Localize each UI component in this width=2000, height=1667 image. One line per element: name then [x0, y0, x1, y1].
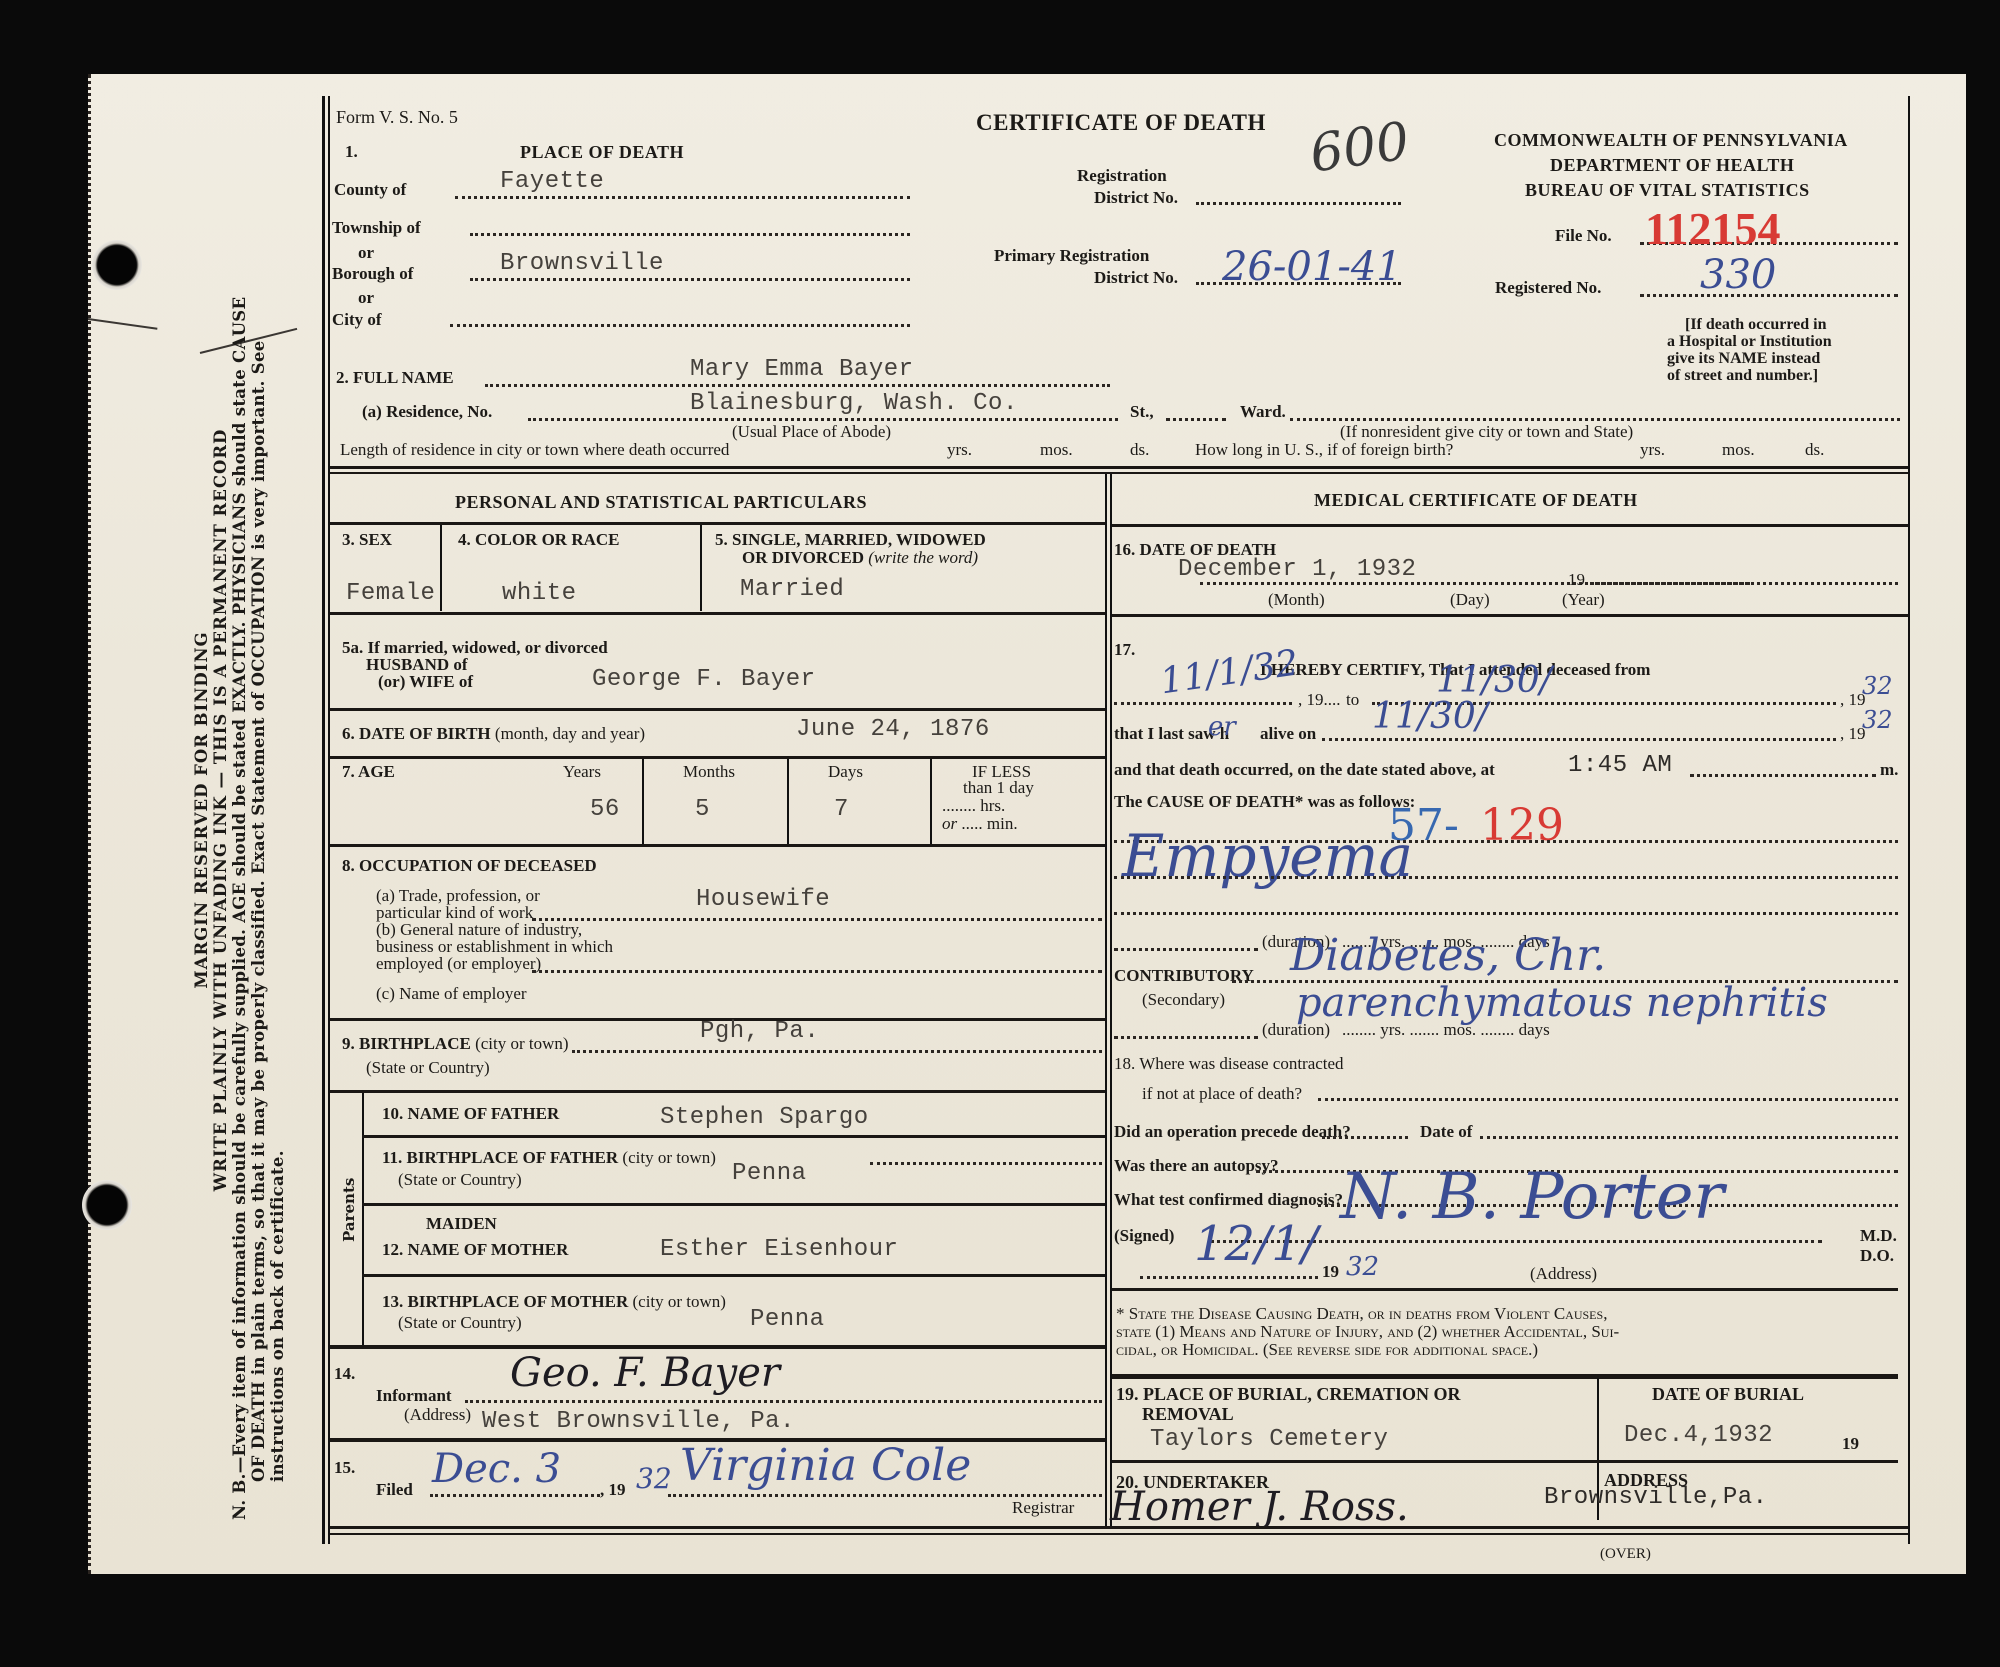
cell-divider — [700, 525, 702, 611]
row-rule — [1112, 1460, 1898, 1463]
row-rule — [1112, 524, 1908, 527]
margin-binding-note: MARGIN RESERVED FOR BINDING — [192, 100, 211, 1520]
informant-signature[interactable]: Geo. F. Bayer — [510, 1350, 780, 1396]
father-birthplace-value[interactable]: Penna — [732, 1160, 807, 1187]
section-rule — [330, 466, 1908, 469]
burial-place-value[interactable]: Taylors Cemetery — [1150, 1426, 1388, 1453]
frame-left-line — [322, 96, 325, 1544]
margin-instructions: MARGIN RESERVED FOR BINDING WRITE PLAINL… — [192, 100, 312, 1520]
maiden-label: MAIDEN — [426, 1214, 497, 1234]
residence-yrs-label: yrs. — [947, 440, 972, 460]
registrar-signature[interactable]: Virginia Cole — [680, 1440, 971, 1491]
column-divider-inner — [1110, 474, 1112, 1526]
informant-label: Informant — [376, 1386, 452, 1406]
attended-to-value[interactable]: 11/30/ — [1436, 660, 1552, 701]
date-of-death-value[interactable]: December 1, 1932 — [1178, 556, 1416, 583]
mother-birthplace-value[interactable]: Penna — [750, 1306, 825, 1333]
residence-label: (a) Residence, No. — [362, 402, 492, 422]
margin-nb-line2: OF DEATH in plain terms, so that it may … — [249, 100, 268, 1520]
duration-days-label-2: days — [1519, 1020, 1550, 1039]
filed-label: Filed — [376, 1480, 413, 1500]
dob-label: 6. DATE OF BIRTH — [342, 724, 491, 743]
sex-value[interactable]: Female — [346, 580, 435, 607]
marital-status-label: 5. SINGLE, MARRIED, WIDOWED — [715, 530, 986, 550]
year-line — [1590, 582, 1898, 585]
filed-number: 15. — [334, 1458, 355, 1478]
place-of-death-heading: PLACE OF DEATH — [520, 142, 684, 163]
duration-label-2: (duration) — [1262, 1020, 1330, 1040]
hospital-note-line4: of street and number.] — [1667, 367, 1818, 385]
meridiem-suffix: m. — [1880, 760, 1898, 780]
full-name-line — [485, 384, 1110, 387]
document-title: CERTIFICATE OF DEATH — [976, 110, 1266, 136]
certify-number: 17. — [1114, 640, 1135, 660]
disease-contracted-label-2: if not at place of death? — [1142, 1084, 1302, 1104]
margin-ink-note: WRITE PLAINLY WITH UNFADING INK — THIS I… — [211, 100, 230, 1520]
residence-mos-label: mos. — [1040, 440, 1073, 460]
margin-nb-line1: N. B.—Every item of information should b… — [230, 100, 249, 1520]
parents-divider — [362, 1093, 364, 1345]
burial-place-label: 19. PLACE OF BURIAL, CREMATION OR — [1116, 1384, 1461, 1405]
agency-commonwealth: COMMONWEALTH OF PENNSYLVANIA — [1494, 130, 1848, 151]
birthplace-state-label: (State or Country) — [366, 1058, 490, 1078]
bottom-rule — [330, 1526, 1908, 1529]
age-months-label: Months — [683, 762, 735, 782]
usual-abode-hint: (Usual Place of Abode) — [732, 422, 891, 442]
mother-birthplace-label: 13. BIRTHPLACE OF MOTHER — [382, 1292, 628, 1311]
operation-label: Did an operation precede death? — [1114, 1122, 1351, 1142]
row-rule — [330, 756, 1105, 759]
last-saw-date-value[interactable]: 11/30/ — [1372, 696, 1488, 737]
month-hint: (Month) — [1268, 590, 1325, 610]
age-label: 7. AGE — [342, 762, 395, 782]
father-name-value[interactable]: Stephen Spargo — [660, 1104, 869, 1131]
city-label: City of — [332, 310, 382, 330]
marital-status-hint: (write the word) — [868, 548, 978, 567]
to-label: to — [1346, 690, 1359, 710]
birthplace-value[interactable]: Pgh, Pa. — [700, 1018, 819, 1045]
county-line — [455, 196, 910, 199]
agency-bureau: BUREAU OF VITAL STATISTICS — [1525, 180, 1810, 201]
row-rule — [1112, 614, 1908, 617]
duration-line-2 — [1114, 1036, 1258, 1039]
death-time-line — [1690, 774, 1876, 777]
row-rule — [330, 612, 1105, 615]
duration-yrs-label-2: yrs. — [1380, 1020, 1405, 1039]
borough-label: Borough of — [332, 264, 413, 284]
occupation-a-line — [532, 918, 1102, 921]
duration-line — [1114, 948, 1258, 951]
autopsy-label: Was there an autopsy? — [1114, 1156, 1279, 1176]
township-label: Township of — [332, 218, 421, 238]
borough-line — [470, 278, 910, 281]
bottom-rule-inner — [330, 1533, 1908, 1535]
sex-label: 3. SEX — [342, 530, 392, 550]
row-rule-heavy — [1112, 1374, 1898, 1379]
age-months-value[interactable]: 5 — [695, 796, 710, 823]
do-label: D.O. — [1860, 1246, 1894, 1266]
diagnosis-test-label: What test confirmed diagnosis? — [1114, 1190, 1343, 1210]
footnote-line3: cidal, or Homicidal. (See reverse side f… — [1116, 1340, 1538, 1360]
occupation-value[interactable]: Housewife — [696, 886, 830, 913]
birthplace-label: 9. BIRTHPLACE — [342, 1034, 471, 1053]
birthplace-hint: (city or town) — [475, 1034, 568, 1053]
informant-address-label: (Address) — [404, 1405, 471, 1425]
alive-on-label: alive on — [1260, 724, 1316, 744]
residence-ds-label: ds. — [1130, 440, 1149, 460]
full-name-value[interactable]: Mary Emma Bayer — [690, 356, 914, 383]
than-one-day-label: than 1 day — [963, 778, 1034, 798]
attended-from-line — [1114, 702, 1292, 705]
cell-divider — [787, 759, 789, 844]
cause-line-3 — [1114, 912, 1898, 915]
burial-removal-label: REMOVAL — [1142, 1404, 1234, 1425]
informant-number: 14. — [334, 1364, 355, 1384]
last-saw-line — [1322, 738, 1836, 741]
medical-certificate-heading: MEDICAL CERTIFICATE OF DEATH — [1314, 490, 1638, 511]
father-name-label: 10. NAME OF FATHER — [382, 1104, 559, 1124]
age-days-label: Days — [828, 762, 863, 782]
filed-year-value[interactable]: 32 — [636, 1462, 672, 1495]
cell-divider — [930, 759, 932, 844]
cell-divider — [440, 525, 442, 611]
filed-date-line — [430, 1494, 600, 1497]
last-saw-year[interactable]: 32 — [1862, 706, 1893, 734]
city-or-town-hint: (city or town) — [622, 1148, 715, 1167]
contributory-label: CONTRIBUTORY — [1114, 966, 1254, 986]
us-ds-label: ds. — [1805, 440, 1824, 460]
city-line[interactable] — [450, 324, 910, 327]
row-rule — [330, 1345, 1105, 1349]
registration-district-label: Registration — [1077, 166, 1167, 186]
hours-label: hrs. — [980, 796, 1005, 815]
file-no-value[interactable]: 112154 — [1645, 202, 1780, 255]
primary-district-no-label: District No. — [1094, 268, 1178, 288]
street-label: St., — [1130, 402, 1154, 422]
row-rule — [330, 1090, 1105, 1093]
age-years-value[interactable]: 56 — [590, 796, 620, 823]
us-yrs-label: yrs. — [1640, 440, 1665, 460]
registered-no-label: Registered No. — [1495, 278, 1601, 298]
registrar-label: Registrar — [1012, 1498, 1074, 1518]
frame-left-line-inner — [328, 96, 330, 1544]
column-divider — [1105, 474, 1107, 1526]
spouse-value[interactable]: George F. Bayer — [592, 666, 816, 693]
hospital-note-line1: [If death occurred in — [1685, 316, 1826, 334]
cause-line-2 — [1114, 876, 1898, 879]
state-or-country-hint: (State or Country) — [398, 1313, 522, 1333]
day-hint: (Day) — [1450, 590, 1490, 610]
borough-value[interactable]: Brownsville — [500, 250, 664, 277]
primary-registration-label: Primary Registration — [994, 246, 1149, 266]
cell-divider — [642, 759, 644, 844]
occupation-b-line[interactable] — [532, 970, 1102, 973]
burial-year-prefix: 19 — [1842, 1434, 1859, 1454]
agency-department: DEPARTMENT OF HEALTH — [1550, 155, 1794, 176]
undertaker-address-value[interactable]: Brownsville,Pa. — [1544, 1484, 1768, 1511]
personal-particulars-heading: PERSONAL AND STATISTICAL PARTICULARS — [455, 492, 867, 513]
occupation-label: 8. OCCUPATION OF DECEASED — [342, 856, 597, 876]
wife-of-label: (or) WIFE of — [378, 672, 473, 692]
duration-mos-label-2: mos. — [1444, 1020, 1477, 1039]
form-number: Form V. S. No. 5 — [336, 107, 458, 128]
operation-line[interactable] — [1322, 1136, 1408, 1139]
undertaker-signature[interactable]: Homer J. Ross. — [1110, 1484, 1409, 1530]
signed-year-value[interactable]: 32 — [1346, 1252, 1379, 1282]
physician-signature[interactable]: N. B. Porter — [1340, 1160, 1724, 1234]
md-label: M.D. — [1860, 1226, 1897, 1246]
row-rule — [330, 844, 1105, 847]
county-label: County of — [334, 180, 406, 200]
hospital-note-line2: a Hospital or Institution — [1667, 333, 1832, 351]
section-rule — [330, 472, 1908, 474]
operation-date-line[interactable] — [1480, 1136, 1898, 1139]
disease-contracted-label: 18. Where was disease contracted — [1114, 1054, 1344, 1074]
registration-district-no-label: District No. — [1094, 188, 1178, 208]
filed-date-value[interactable]: Dec. 3 — [432, 1446, 561, 1492]
ward-line[interactable] — [1290, 418, 1900, 421]
row-rule — [330, 522, 1105, 525]
attended-to-year[interactable]: 32 — [1862, 672, 1893, 700]
row-rule — [1112, 1288, 1898, 1291]
contributory-cause-1[interactable]: Diabetes, Chr. — [1290, 930, 1606, 981]
place-of-death-number: 1. — [345, 142, 358, 162]
residence-line — [528, 418, 1118, 421]
birthplace-line — [572, 1050, 1102, 1053]
marital-status-value[interactable]: Married — [740, 576, 844, 603]
father-birthplace-label: 11. BIRTHPLACE OF FATHER — [382, 1148, 618, 1167]
primary-district-value[interactable]: 26-01-41 — [1222, 244, 1402, 290]
age-years-label: Years — [563, 762, 601, 782]
hospital-note-line3: give its NAME instead — [1667, 350, 1820, 368]
dob-hint: (month, day and year) — [495, 724, 645, 743]
informant-line — [465, 1400, 1102, 1403]
year-prefix: 19 — [1568, 570, 1585, 590]
margin-nb-line3: instructions on back of certificate. — [268, 100, 287, 1520]
city-or-town-hint: (city or town) — [632, 1292, 725, 1311]
secondary-label: (Secondary) — [1142, 990, 1225, 1010]
county-value[interactable]: Fayette — [500, 168, 604, 195]
parents-side-label: Parents — [340, 1178, 358, 1242]
or-label: or — [358, 243, 374, 263]
state-or-country-hint: (State or Country) — [398, 1170, 522, 1190]
binding-hole-bottom — [82, 1180, 132, 1230]
nonresident-hint: (If nonresident give city or town and St… — [1340, 422, 1633, 442]
ward-label: Ward. — [1240, 402, 1286, 422]
race-label: 4. COLOR OR RACE — [458, 530, 620, 550]
frame-right-line — [1908, 96, 1910, 1544]
file-no-label: File No. — [1555, 226, 1612, 246]
operation-date-label: Date of — [1420, 1122, 1472, 1142]
cause-of-death-label: The CAUSE OF DEATH* was as follows: — [1114, 792, 1415, 812]
cause-of-death-value[interactable]: Empyema — [1122, 822, 1413, 890]
how-long-in-us-label: How long in U. S., if of foreign birth? — [1195, 440, 1453, 460]
length-of-residence-label: Length of residence in city or town wher… — [340, 440, 729, 460]
father-birthplace-line — [870, 1162, 1102, 1165]
filed-year-prefix: , 19 — [600, 1480, 626, 1500]
mother-name-label: 12. NAME OF MOTHER — [382, 1240, 568, 1260]
dob-value[interactable]: June 24, 1876 — [796, 716, 990, 743]
over-label: (OVER) — [1600, 1546, 1651, 1563]
mother-name-value[interactable]: Esther Eisenhour — [660, 1236, 898, 1263]
marital-status-label-2: OR DIVORCED — [742, 548, 864, 567]
registration-district-line — [1196, 202, 1401, 205]
registered-no-value[interactable]: 330 — [1700, 252, 1776, 298]
death-time-label: and that death occurred, on the date sta… — [1114, 760, 1495, 780]
informant-address-value[interactable]: West Brownsville, Pa. — [482, 1408, 795, 1435]
row-rule — [362, 1274, 1105, 1277]
signed-year-prefix: 19 — [1322, 1262, 1339, 1282]
footnote-line2: state (1) Means and Nature of Injury, an… — [1116, 1322, 1619, 1342]
registrar-line — [668, 1494, 1102, 1497]
physician-address-label: (Address) — [1530, 1264, 1597, 1284]
death-time-value[interactable]: 1:45 AM — [1568, 752, 1672, 779]
binding-hole-top — [92, 240, 142, 290]
or-label: or — [358, 288, 374, 308]
burial-date-value[interactable]: Dec.4,1932 — [1624, 1422, 1773, 1449]
street-line[interactable] — [1166, 418, 1226, 421]
signed-label: (Signed) — [1114, 1226, 1174, 1246]
occupation-b-label-3: employed (or employer) — [376, 954, 541, 974]
row-rule — [362, 1203, 1105, 1206]
cause-code-red[interactable]: 129 — [1480, 800, 1564, 851]
last-saw-pronoun[interactable]: er — [1208, 712, 1236, 742]
signed-date-value[interactable]: 12/1/ — [1194, 1216, 1318, 1272]
minutes-label: min. — [987, 814, 1018, 833]
township-line[interactable] — [470, 233, 910, 236]
residence-value[interactable]: Blainesburg, Wash. Co. — [690, 390, 1018, 417]
us-mos-label: mos. — [1722, 440, 1755, 460]
year-hint: (Year) — [1562, 590, 1605, 610]
race-value[interactable]: white — [502, 580, 577, 607]
age-days-value[interactable]: 7 — [834, 796, 849, 823]
disease-contracted-line[interactable] — [1318, 1098, 1898, 1101]
burial-date-label: DATE OF BURIAL — [1652, 1384, 1804, 1405]
signed-date-line — [1140, 1276, 1318, 1279]
footnote-line1: * State the Disease Causing Death, or in… — [1116, 1304, 1607, 1324]
employer-label: (c) Name of employer — [376, 984, 527, 1004]
row-rule — [330, 708, 1105, 711]
full-name-label: 2. FULL NAME — [336, 368, 454, 388]
row-rule — [362, 1135, 1105, 1138]
